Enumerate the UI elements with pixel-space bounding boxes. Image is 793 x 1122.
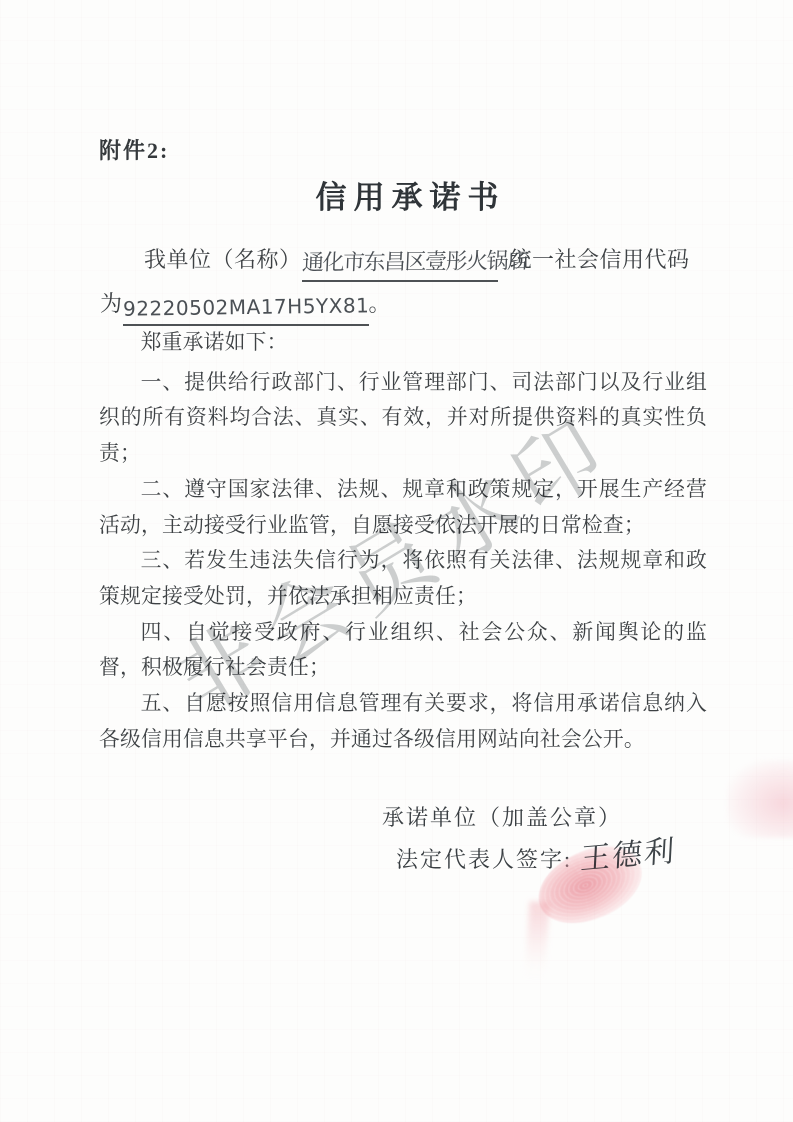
signer-label: 法定代表人签字: <box>396 847 572 872</box>
intro-prefix: 我单位（名称） <box>144 247 302 272</box>
pledge-item-4: 四、自觉接受政府、行业组织、社会公众、新闻舆论的监督，积极履行社会责任； <box>99 615 707 686</box>
document-title: 信用承诺书 <box>14 172 793 217</box>
credit-code-handwritten: 92220502MA17H5YX81 <box>122 288 369 325</box>
fingerprint-smudge-trail <box>524 901 549 980</box>
credit-code-blank: 92220502MA17H5YX81 <box>123 290 369 326</box>
unit-seal-line: 承诺单位（加盖公章） <box>382 798 676 838</box>
pledge-lead: 郑重承诺如下： <box>99 325 707 361</box>
company-name-blank: 通化市东昌区壹彤火锅店 <box>302 245 498 282</box>
pledge-item-2: 二、遵守国家法律、法规、规章和政策规定，开展生产经营活动，主动接受行业监管，自愿… <box>99 472 707 543</box>
pledge-item-5: 五、自愿按照信用信息管理有关要求，将信用承诺信息纳入各级信用信息共享平台，并通过… <box>99 686 707 757</box>
signer-line: 法定代表人签字: 王德利 <box>396 838 676 880</box>
intro-paragraph: 我单位（名称）通化市东昌区壹彤火锅店统一社会信用代码 为92220502MA17… <box>100 238 714 326</box>
signature-handwritten: 王德利 <box>579 832 677 881</box>
attachment-label: 附件2: <box>99 134 169 165</box>
pledge-item-3: 三、若发生违法失信行为，将依照有关法律、法规规章和政策规定接受处罚，并依法承担相… <box>99 543 707 614</box>
signature-block: 承诺单位（加盖公章） 法定代表人签字: 王德利 <box>382 798 676 880</box>
company-name-handwritten: 通化市东昌区壹彤火锅店 <box>301 245 528 281</box>
pledge-item-1: 一、提供给行政部门、行业管理部门、司法部门以及行业组织的所有资料均合法、真实、有… <box>99 365 707 472</box>
intro-suffix: 统一社会信用代码 <box>510 247 690 272</box>
pledge-list: 郑重承诺如下： 一、提供给行政部门、行业管理部门、司法部门以及行业组织的所有资料… <box>99 325 707 757</box>
edge-stamp-smudge <box>727 760 793 838</box>
code-prefix: 为 <box>100 291 123 316</box>
code-suffix: 。 <box>369 291 392 316</box>
scanned-document-page: 附件2: 信用承诺书 我单位（名称）通化市东昌区壹彤火锅店统一社会信用代码 为9… <box>0 0 793 1122</box>
